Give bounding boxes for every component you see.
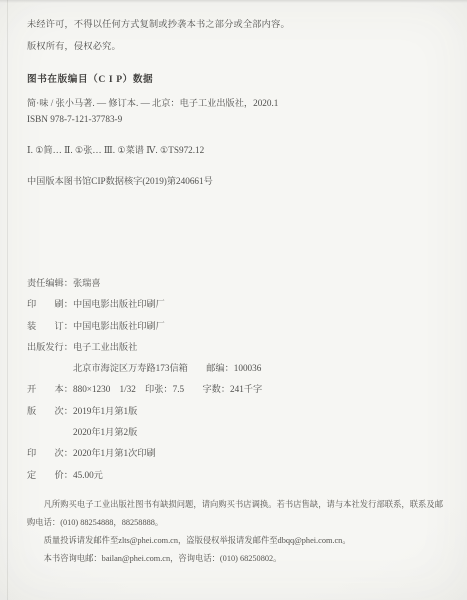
footer-notes: 凡所购买电子工业出版社图书有缺损问题，请向购买书店调换。若书店售缺，请与本社发行…: [27, 496, 443, 568]
cip-heading: 图书在版编目（C I P）数据: [27, 69, 443, 91]
info-label: 定 价：: [27, 465, 73, 486]
info-value: 电子工业出版社: [73, 342, 137, 352]
info-row-impression: 印 次：2020年1月第1次印刷: [27, 443, 443, 464]
info-row-format: 开 本：880×1230 1/32 印张：7.5 字数：241千字: [27, 379, 443, 400]
cip-block: 图书在版编目（C I P）数据 简·味 / 张小马著. — 修订本. — 北京：…: [27, 69, 443, 189]
info-label: 印 刷：: [27, 294, 73, 315]
info-label: 开 本：: [27, 379, 73, 400]
footer-consult-note: 本书咨询电邮：bailan@phei.com.cn，咨询电话：(010) 682…: [27, 550, 443, 568]
info-label: 出版发行：: [27, 337, 73, 358]
info-row-printer: 印 刷：中国电影出版社印刷厂: [27, 294, 443, 315]
info-row-address: 北京市海淀区万寿路173信箱 邮编：100036: [27, 358, 443, 379]
info-value: 45.00元: [73, 470, 103, 480]
cip-registration: 中国版本图书馆CIP数据核字(2019)第240661号: [27, 173, 443, 189]
info-label: 装 订：: [27, 316, 73, 337]
cip-description: 简·味 / 张小马著. — 修订本. — 北京：电子工业出版社，2020.1: [27, 95, 443, 111]
info-value: 2019年1月第1版: [73, 406, 137, 416]
footer-complaint-note: 质量投诉请发邮件至zlts@phei.com.cn，盗版侵权举报请发邮件至dbq…: [27, 532, 443, 550]
copyright-notice: 未经许可，不得以任何方式复制或抄袭本书之部分或全部内容。 版权所有，侵权必究。: [27, 13, 443, 57]
info-row-edition: 版 次：2019年1月第1版: [27, 401, 443, 422]
info-value: 2020年1月第1次印刷: [73, 448, 156, 458]
info-label: 印 次：: [27, 443, 73, 464]
info-value: 中国电影出版社印刷厂: [73, 321, 165, 331]
info-value: 2020年1月第2版: [73, 427, 137, 437]
copyright-page: 未经许可，不得以任何方式复制或抄袭本书之部分或全部内容。 版权所有，侵权必究。 …: [0, 0, 467, 600]
cip-classification: Ⅰ. ①简… Ⅱ. ①张… Ⅲ. ①菜谱 Ⅳ. ①TS972.12: [27, 142, 443, 158]
info-value: 北京市海淀区万寿路173信箱 邮编：100036: [73, 363, 261, 373]
info-value: 张瑞喜: [73, 278, 101, 288]
info-row-binder: 装 订：中国电影出版社印刷厂: [27, 316, 443, 337]
page-content: 未经许可，不得以任何方式复制或抄袭本书之部分或全部内容。 版权所有，侵权必究。 …: [0, 0, 467, 600]
info-row-price: 定 价：45.00元: [27, 465, 443, 486]
footer-purchase-note: 凡所购买电子工业出版社图书有缺损问题，请向购买书店调换。若书店售缺，请与本社发行…: [27, 496, 443, 532]
info-row-publisher: 出版发行：电子工业出版社: [27, 337, 443, 358]
info-value: 中国电影出版社印刷厂: [73, 299, 165, 309]
info-row-editor: 责任编辑：张瑞喜: [27, 273, 443, 294]
info-row-edition-2: 2020年1月第2版: [27, 422, 443, 443]
info-label: 责任编辑：: [27, 273, 73, 294]
copyright-notice-line2: 版权所有，侵权必究。: [27, 35, 443, 57]
info-label: 版 次：: [27, 401, 73, 422]
cip-isbn: ISBN 978-7-121-37783-9: [27, 111, 443, 127]
info-value: 880×1230 1/32 印张：7.5 字数：241千字: [73, 384, 262, 394]
publication-info: 责任编辑：张瑞喜 印 刷：中国电影出版社印刷厂 装 订：中国电影出版社印刷厂 出…: [27, 273, 443, 486]
copyright-notice-line1: 未经许可，不得以任何方式复制或抄袭本书之部分或全部内容。: [27, 13, 443, 35]
